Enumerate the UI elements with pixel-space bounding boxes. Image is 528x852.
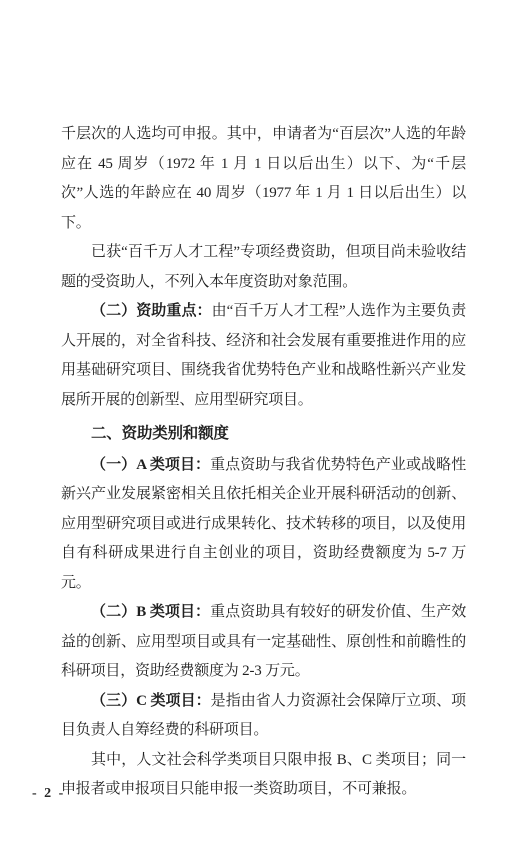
paragraph-text: 重点资助与我省优势特色产业或战略性新兴产业发展紧密相关且依托相关企业开展科研活动…: [61, 457, 466, 591]
paragraph-exclusion: 已获“百千万人才工程”专项经费资助，但项目尚未验收结题的受资助人，不列入本年度资…: [61, 238, 466, 297]
paragraph-text: 千层次的人选均可申报。其中，申请者为“百层次”人选的年龄应在 45 周岁（197…: [61, 126, 466, 231]
paragraph-class-a: （一）A 类项目：重点资助与我省优势特色产业或战略性新兴产业发展紧密相关且依托相…: [61, 451, 466, 599]
paragraph-restrictions: 其中，人文社会科学类项目只限申报 B、C 类项目；同一申报者或申报项目只能申报一…: [61, 746, 466, 805]
paragraph-class-b: （二）B 类项目：重点资助具有较好的研发价值、生产效益的创新、应用型项目或具有一…: [61, 598, 466, 687]
page-number: - 2 -: [32, 786, 65, 802]
document-page: 千层次的人选均可申报。其中，申请者为“百层次”人选的年龄应在 45 周岁（197…: [0, 0, 528, 852]
paragraph-lead: （二）B 类项目：: [91, 604, 210, 620]
paragraph-text: 其中，人文社会科学类项目只限申报 B、C 类项目；同一申报者或申报项目只能申报一…: [61, 752, 466, 798]
section-heading-categories: 二、资助类别和额度: [61, 419, 466, 449]
paragraph-funding-focus: （二）资助重点：由“百千万人才工程”人选作为主要负责人开展的，对全省科技、经济和…: [61, 297, 466, 415]
paragraph-text: 已获“百千万人才工程”专项经费资助，但项目尚未验收结题的受资助人，不列入本年度资…: [61, 244, 466, 290]
paragraph-lead: （二）资助重点：: [91, 303, 212, 319]
paragraph-continuation: 千层次的人选均可申报。其中，申请者为“百层次”人选的年龄应在 45 周岁（197…: [61, 120, 466, 238]
paragraph-lead: （三）C 类项目：: [91, 693, 211, 709]
paragraph-lead: （一）A 类项目：: [91, 457, 210, 473]
paragraph-class-c: （三）C 类项目：是指由省人力资源社会保障厅立项、项目负责人自筹经费的科研项目。: [61, 687, 466, 746]
document-body: 千层次的人选均可申报。其中，申请者为“百层次”人选的年龄应在 45 周岁（197…: [61, 120, 466, 805]
